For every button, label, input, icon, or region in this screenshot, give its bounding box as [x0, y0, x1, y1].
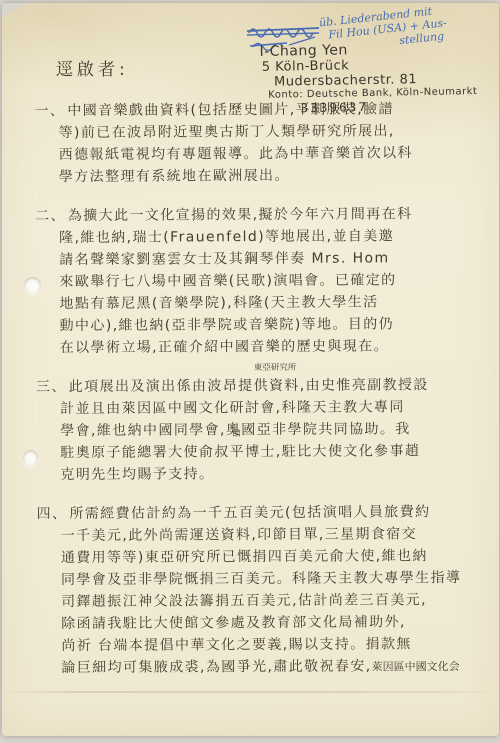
letter-line: 論巨細均可集腋成裘,為國爭光,肅此敬祝春安,萊因區中國文化会 — [61, 655, 485, 680]
letter-line: 地點有慕尼黑(音樂學院),科隆(天主教大學生活 — [59, 291, 483, 315]
signature: 萊因區中國文化会 — [372, 660, 460, 673]
letter-line: 一、 中國音樂戲曲資料(包括歷史圖片,平劇服裝,臉譜 — [34, 98, 482, 122]
letter-line: 一千美元,此外尚需運送資料,印節目單,三星期食宿交 — [61, 523, 485, 547]
letter-line: 等)前已在波昂附近聖奧古斯丁人類學研究所展出, — [59, 120, 483, 144]
paper-fold-crease — [2, 691, 499, 693]
letter-line: 在以學術立場,正確介紹中國音樂的歷史與現在。 — [60, 335, 484, 359]
letter-line: 克明先生均賜予支持。 — [60, 462, 484, 486]
letter-line: 二、 為擴大此一文化宣揚的效果,擬於今年六月間再在科 — [35, 203, 483, 227]
letter-line: 館 駐奧原子能總署大使俞叔平博士,駐比大使文化參事趙 — [60, 440, 484, 464]
letter-line: 來歐舉行七八場中國音樂(民歌)演唱會。已確定的 — [59, 269, 483, 293]
letter-line: 計並且由萊因區中國文化研討會,科隆天主教大專同 — [60, 396, 484, 420]
letter-line: 除函請我駐比大使館文參處及教育部文化局補助外, — [61, 611, 485, 635]
letter-line: 請名聲樂家劉塞雲女士及其鋼琴伴奏 Mrs. Hom — [59, 247, 483, 271]
paragraph-number: 四、 — [37, 503, 68, 525]
letter-line: 學會,維也納中國同學會,奧國亞非學院共同協助。我 — [60, 418, 484, 442]
inserted-text-above-line: 東亞研究所 — [254, 364, 297, 373]
letter-line: 動中心),維也納(亞非學院或音樂院)等地。目的仍 — [60, 313, 484, 337]
scanned-letter-page: { "colors": { "paper": "#f1ebd5", "ink":… — [0, 0, 500, 743]
letter-line-text: 駐奧原子能總署大使俞叔平博士,駐比大使文化參事趙 — [60, 443, 420, 461]
letter-line-text: 為擴大此一文化宣揚的效果,擬於今年六月間再在科 — [68, 203, 413, 227]
punch-hole — [24, 277, 41, 294]
letter-line-text: 中國音樂戲曲資料(包括歷史圖片,平劇服裝,臉譜 — [67, 98, 394, 122]
letter-line-text: 論巨細均可集腋成裘,為國爭光,肅此敬祝春安, — [61, 658, 371, 676]
letter-line: 通費用等等)東亞研究所已慨捐四百美元俞大使,維也納 — [61, 545, 485, 569]
punch-hole — [23, 450, 38, 466]
letter-line-text: 此項展出及演出係由波昂提供資料,由史惟亮副教授設 — [69, 374, 429, 398]
salutation: 逕啟者: — [56, 55, 129, 80]
letter-line: 隆,維也納,瑞士(Frauenfeld)等地展出,並自美邀 — [59, 225, 483, 249]
letter-line: 四、 所需經費估計約為一千五百美元(包括演唱人員旅費約 — [37, 501, 485, 525]
letter-body: 一、 中國音樂戲曲資料(包括歷史圖片,平劇服裝,臉譜 等)前已在波昂附近聖奧古斯… — [34, 98, 485, 697]
paper-corner-tear — [2, 3, 28, 17]
paragraph-2: 二、 為擴大此一文化宣揚的效果,擬於今年六月間再在科 隆,維也納,瑞士(Frau… — [35, 203, 484, 359]
paragraph-4: 四、 所需經費估計約為一千五百美元(包括演唱人員旅費約 一千美元,此外尚需運送資… — [37, 501, 486, 680]
letter-line: 西德報紙電視均有專題報導。此為中華音樂首次以科 — [59, 142, 483, 166]
paragraph-number: 一、 — [34, 100, 65, 122]
paragraph-number: 二、 — [35, 205, 66, 227]
letter-line: 學方法整理有系統地在歐洲展出。 — [59, 164, 483, 188]
letter-line: 司鐸趙振江神父設法籌捐五百美元,估計尚差三百美元, — [61, 589, 485, 613]
paragraph-3: 東亞研究所 三、 此項展出及演出係由波昂提供資料,由史惟亮副教授設 計並且由萊因… — [36, 374, 485, 486]
letter-line-text: 所需經費估計約為一千五百美元(包括演唱人員旅費約 — [69, 501, 430, 525]
letter-line: 尚祈 台端本提倡中華文化之要義,賜以支持。捐款無 — [61, 633, 485, 657]
paragraph-number: 三、 — [36, 376, 67, 398]
inserted-text-above-line: 館 — [232, 430, 241, 439]
letter-line: 同學會及亞非學院慨捐三百美元。科隆天主教大專學生指導 — [61, 567, 485, 591]
letter-paper: üb. Liederabend mit Fil Hou (USA) + Aus-… — [2, 3, 499, 736]
letter-line: 東亞研究所 三、 此項展出及演出係由波昂提供資料,由史惟亮副教授設 — [36, 374, 484, 398]
paragraph-1: 一、 中國音樂戲曲資料(包括歷史圖片,平劇服裝,臉譜 等)前已在波昂附近聖奧古斯… — [34, 98, 482, 188]
